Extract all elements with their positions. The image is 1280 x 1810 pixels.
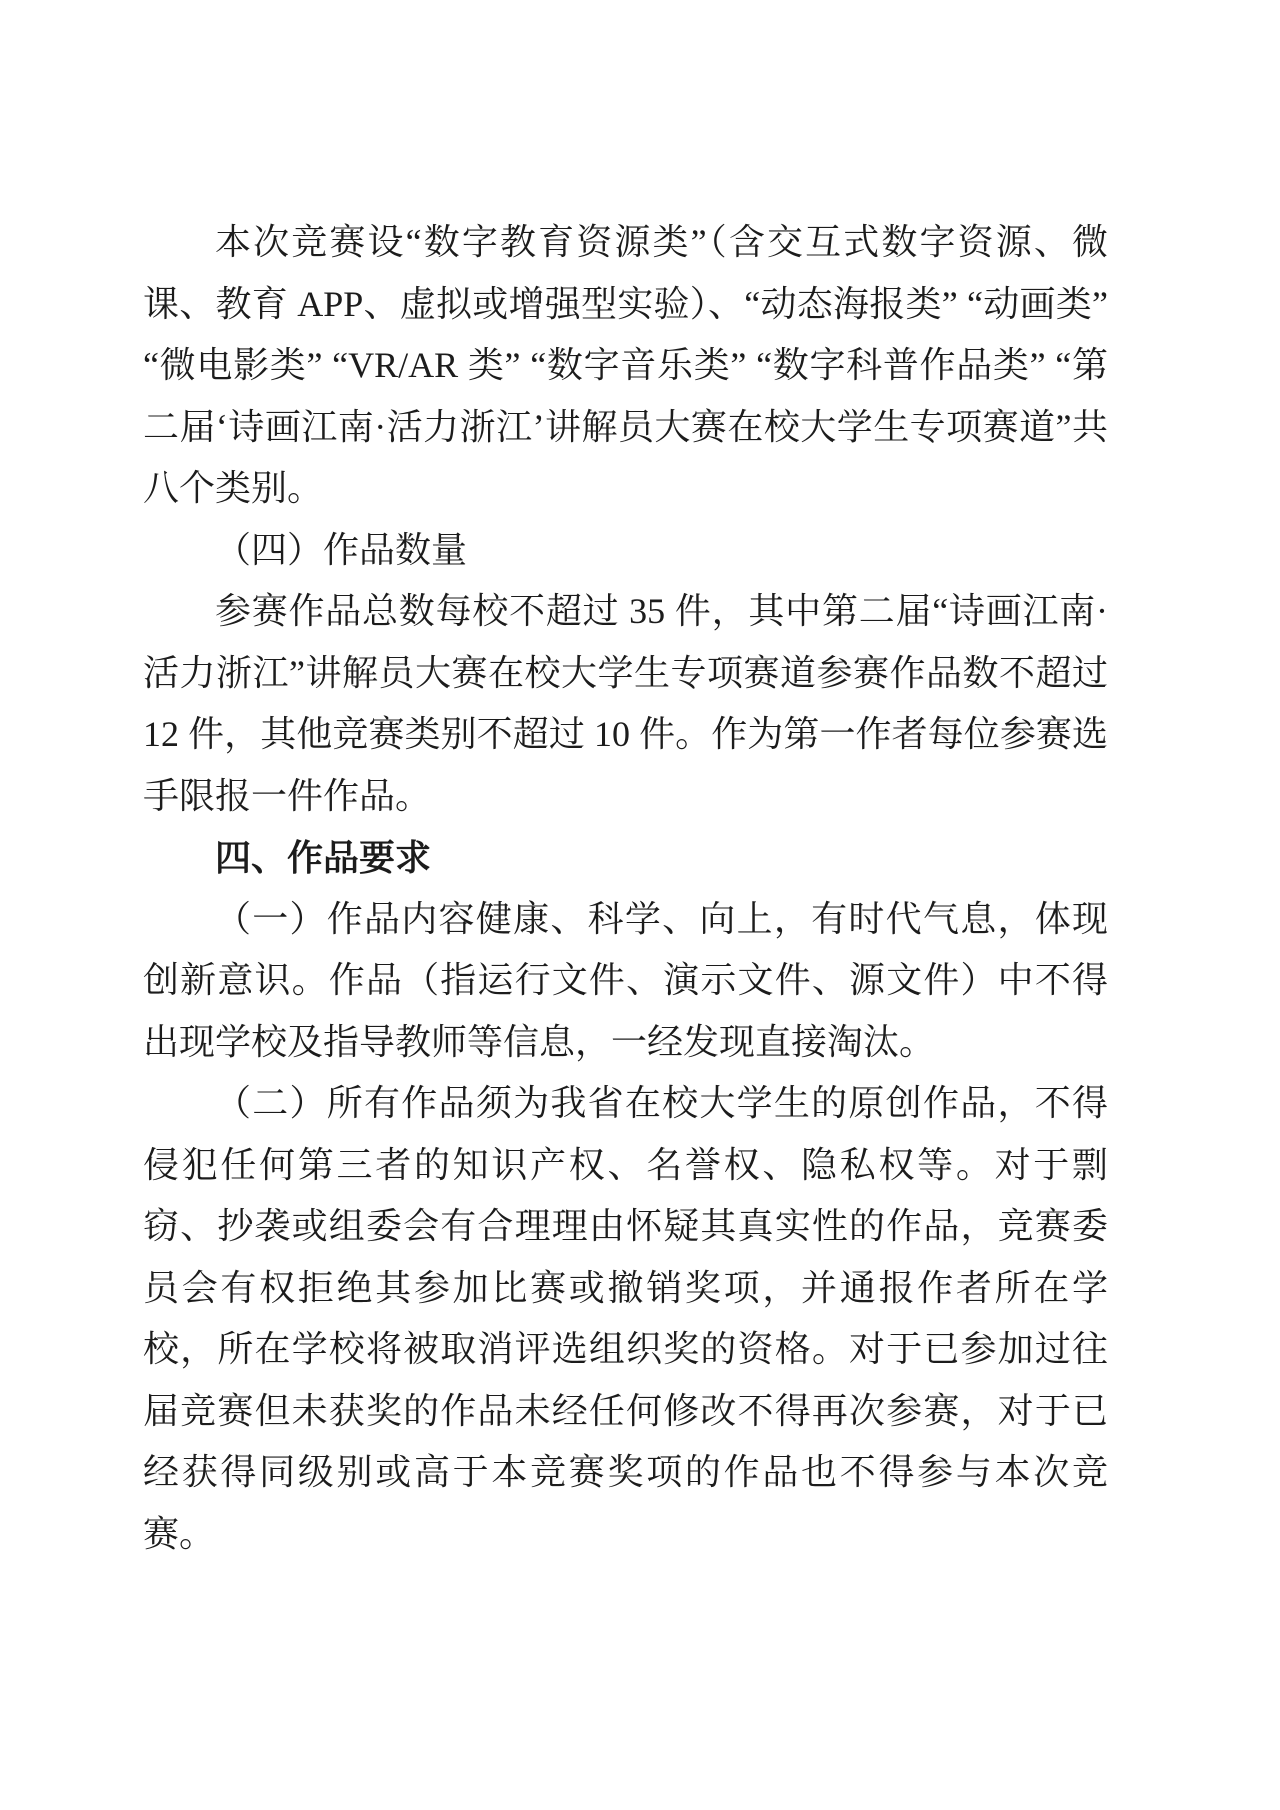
paragraph-requirement-1: （一）作品内容健康、科学、向上，有时代气息，体现创新意识。作品（指运行文件、演示… xyxy=(143,889,1108,1074)
heading-work-requirements: 四、作品要求 xyxy=(143,827,1108,889)
subheading-work-quantity: （四）作品数量 xyxy=(143,520,1108,582)
paragraph-competition-categories: 本次竞赛设“数字教育资源类”（含交互式数字资源、微课、教育 APP、虚拟或增强型… xyxy=(143,212,1108,520)
document-text-block: 本次竞赛设“数字教育资源类”（含交互式数字资源、微课、教育 APP、虚拟或增强型… xyxy=(143,212,1108,1565)
paragraph-requirement-2: （二）所有作品须为我省在校大学生的原创作品，不得侵犯任何第三者的知识产权、名誉权… xyxy=(143,1073,1108,1565)
document-page: 本次竞赛设“数字教育资源类”（含交互式数字资源、微课、教育 APP、虚拟或增强型… xyxy=(0,0,1280,1810)
paragraph-work-quantity: 参赛作品总数每校不超过 35 件，其中第二届“诗画江南·活力浙江”讲解员大赛在校… xyxy=(143,581,1108,827)
